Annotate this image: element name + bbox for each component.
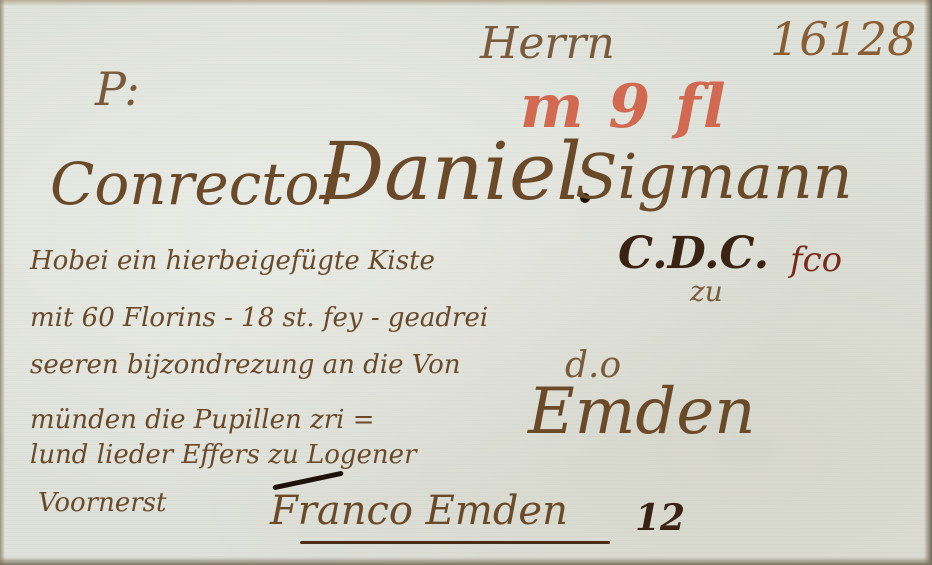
docket-number: 16128 xyxy=(770,12,916,66)
letter-sheet: Herrn m 9 fl 16128 P: Conrector Daniel S… xyxy=(0,0,932,565)
body-line-6: Voornerst xyxy=(38,488,166,518)
salutation-herrn: Herrn xyxy=(480,18,615,69)
addressee-last-name: Sigmann xyxy=(575,140,853,213)
preposition-zu: zu xyxy=(690,275,723,308)
fee-note: fco xyxy=(790,240,842,280)
paper-edge-bottom xyxy=(0,557,932,565)
body-line-1: Hobei ein hierbeigefügte Kiste xyxy=(30,246,435,276)
franco-underline xyxy=(300,541,610,544)
address-prefix: P: xyxy=(95,62,140,116)
body-line-3: seeren bijzondrezung an die Von xyxy=(30,350,461,380)
destination-city: Emden xyxy=(528,375,755,449)
franco-emden-label: Franco Emden xyxy=(270,488,568,534)
addressee-first-name: Daniel xyxy=(320,125,582,218)
paper-edge-right xyxy=(924,0,932,565)
paper-edge-left xyxy=(0,0,5,565)
addressee-title: Conrector xyxy=(50,150,347,218)
paper-edge-top xyxy=(0,0,932,6)
body-line-5: lund lieder Effers zu Logener xyxy=(30,440,417,470)
body-line-2: mit 60 Florins - 18 st. fey - geadrei xyxy=(30,303,488,333)
body-line-4: münden die Pupillen zri = xyxy=(30,405,375,435)
postal-abbreviation-cdc: C.D.C. xyxy=(618,228,769,279)
postage-mark: 12 xyxy=(635,497,685,539)
